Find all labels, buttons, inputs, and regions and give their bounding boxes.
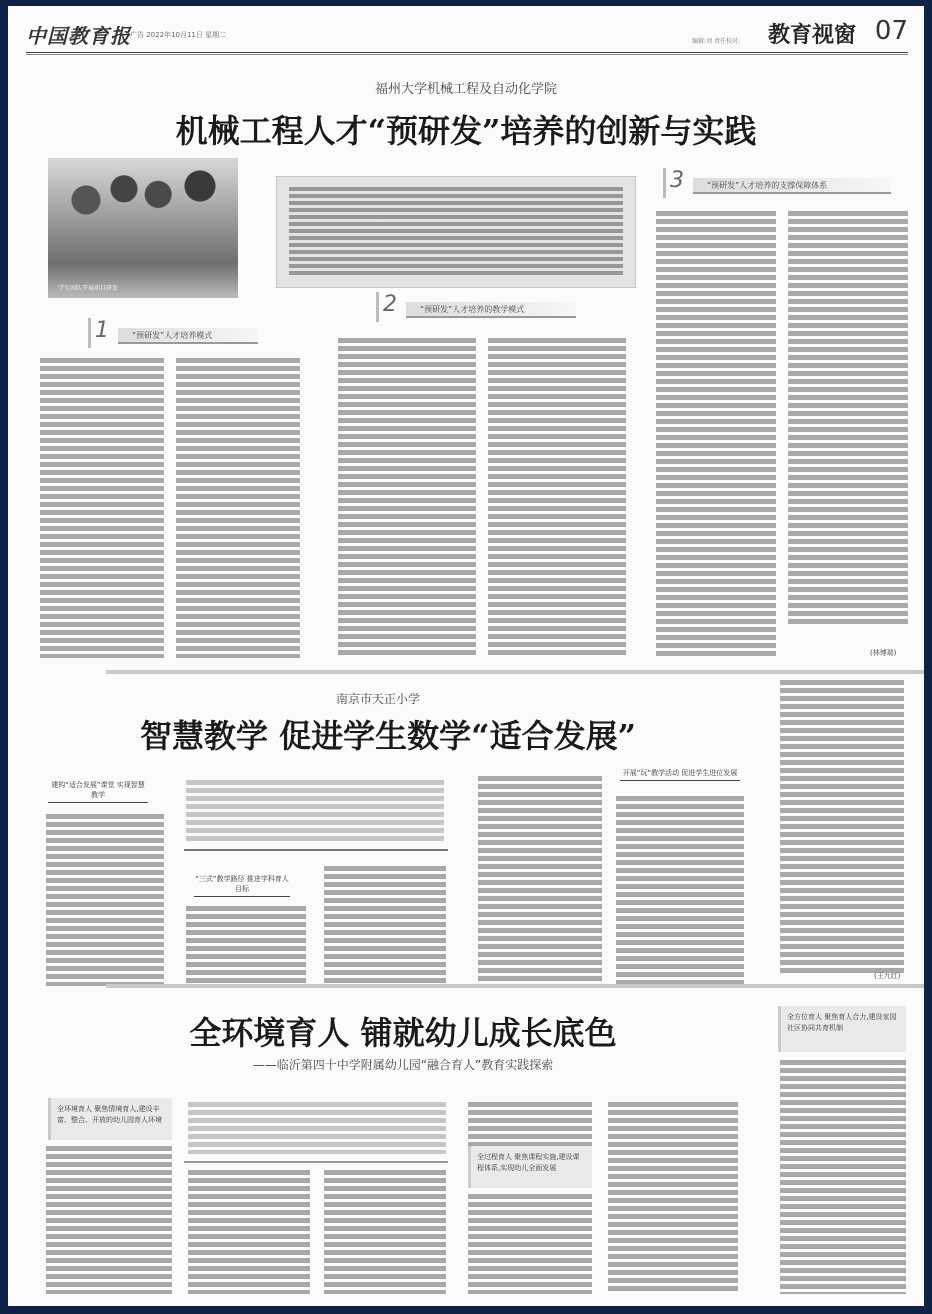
article2-intro-text [186, 780, 444, 844]
article1-photo: 学生团队开展项目研发 [48, 158, 238, 298]
section-label: “预研发”人才培养的教学模式 [406, 302, 576, 318]
masthead-rule [26, 52, 908, 55]
article1-byline: (林博瑞) [870, 648, 896, 658]
article2-col1-text [46, 814, 164, 986]
article3-col5-text [608, 1102, 738, 1294]
article1-intro-box [276, 176, 636, 288]
article2-subhead-2: “三式”教学路径 推进学科育人目标 [194, 874, 290, 897]
article1-col5-text [656, 211, 776, 656]
article2-subhead-3: 开展“玩”教学活动 促进学生进位发展 [620, 768, 740, 781]
section-title: 教育视窗 [768, 18, 856, 49]
article-divider [106, 670, 924, 674]
section-label: “预研发”人才培养模式 [118, 328, 258, 344]
article2-col6-text [780, 680, 904, 976]
article1-section-2-heading: 2 “预研发”人才培养的教学模式 [376, 298, 576, 324]
article3-col3-text [324, 1170, 446, 1294]
article3-headline: 全环境育人 铺就幼儿成长底色 [8, 1008, 798, 1054]
article2-headline: 智慧教学 促进学生数学“适合发展” [8, 711, 768, 757]
article1-headline: 机械工程人才“预研发”培养的创新与实践 [8, 106, 924, 152]
article2-byline: (王九红) [874, 971, 900, 981]
article2-col2-text [186, 906, 306, 986]
intro-rule [184, 1161, 448, 1163]
article1-section-1-heading: 1 “预研发”人才培养模式 [88, 324, 258, 350]
intro-text [289, 187, 623, 275]
article1-col6-text [788, 211, 908, 626]
editor-credit: 编辑:刘 责任校对: [692, 36, 740, 45]
newspaper-logo: 中国教育报 [26, 20, 131, 49]
article3-box-1: 全环境育人 聚焦情境育人,建设丰富、整合、开放的幼儿园育人环境 [48, 1098, 172, 1140]
article1-col4-text [488, 338, 626, 658]
masthead: 中国教育报 广告 2022年10月11日 星期二 编辑:刘 责任校对: 教育视窗… [26, 18, 908, 54]
article2-col3-text [324, 866, 446, 986]
article1-col3-text [338, 338, 476, 658]
issue-date: 广告 2022年10月11日 星期二 [130, 30, 226, 40]
article1-section-3-heading: 3 “预研发”人才培养的支撑保障体系 [663, 174, 891, 200]
article3-col1-text [46, 1146, 172, 1294]
article3-box-2: 全过程育人 聚焦课程实施,建设课程体系,实现幼儿全面发展 [468, 1146, 592, 1188]
article3-intro-text [188, 1102, 446, 1154]
article3-box-3: 全方位育人 聚焦育人合力,建设家园社区协同共育机制 [778, 1006, 906, 1052]
section-number: 1 [88, 318, 116, 348]
newspaper-page: 中国教育报 广告 2022年10月11日 星期二 编辑:刘 责任校对: 教育视窗… [8, 6, 924, 1306]
article1-col1-text [40, 358, 164, 658]
article-divider [106, 984, 924, 988]
article2-subhead-1: 建构“适合发展”课堂 实现智慧教学 [48, 780, 148, 803]
section-number: 2 [376, 292, 404, 322]
article2-col5-text [616, 796, 744, 986]
article1-col2-text [176, 358, 300, 658]
section-label: “预研发”人才培养的支撑保障体系 [693, 178, 891, 194]
article1-kicker: 福州大学机械工程及自动化学院 [8, 78, 924, 97]
page-number: 07 [875, 16, 908, 46]
section-number: 3 [663, 168, 691, 198]
article3-col4b-text [468, 1194, 592, 1294]
article3-subtitle: ——临沂第四十中学附属幼儿园“融合育人”教育实践探索 [8, 1056, 798, 1073]
intro-rule [184, 849, 448, 851]
article2-col4-text [478, 776, 602, 986]
photo-caption: 学生团队开展项目研发 [58, 283, 118, 292]
article2-kicker: 南京市天正小学 [8, 690, 748, 707]
article3-col2-text [188, 1170, 310, 1294]
article3-col6-text [780, 1060, 906, 1294]
